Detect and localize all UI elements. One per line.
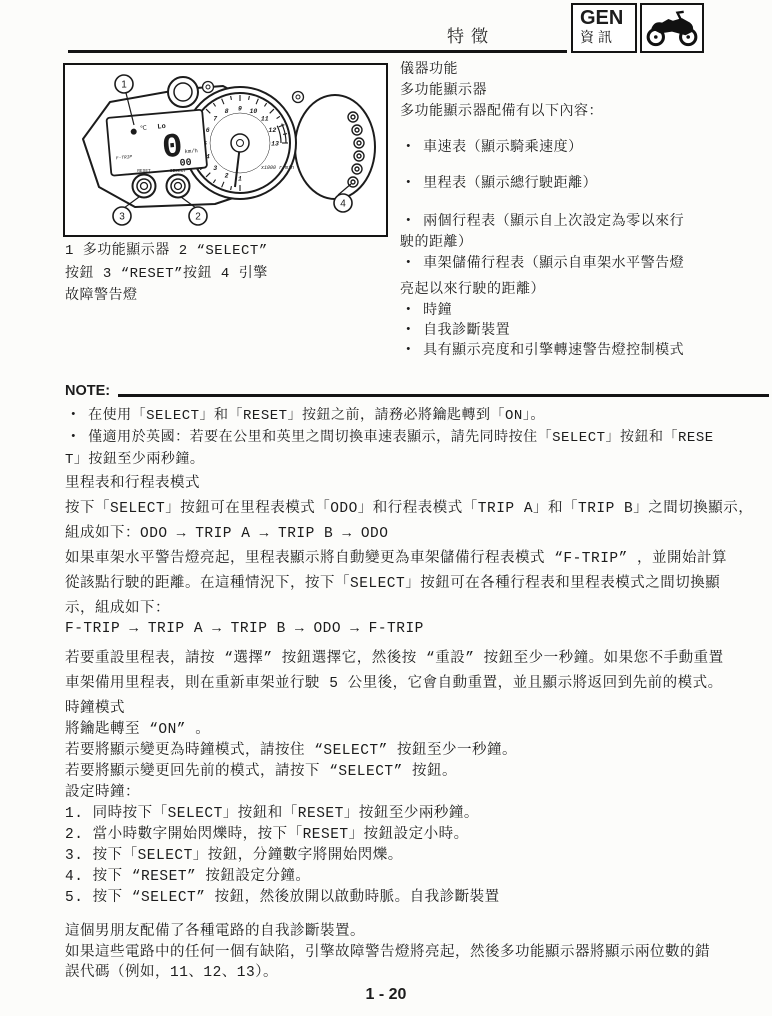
svg-text:2: 2 (225, 173, 229, 180)
body-line: 車架備用里程表，則在重新車架並行駛 5 公里後，它會自動重置，並且顯示將返回到先… (65, 671, 772, 696)
feature-list: 儀器功能 多功能顯示器 多功能顯示器配備有以下內容： 車速表（顯示騎乘速度） 里… (400, 58, 772, 359)
numbered-step: 3. 按下「SELECT」按鈕，分鐘數字將開始閃爍。 (65, 843, 772, 864)
svg-text:11: 11 (261, 116, 269, 123)
manual-page: { "header": { "title": "特徵", "tag": { "l… (0, 0, 772, 1016)
figure-caption-line: 故障警告燈 (65, 285, 385, 308)
body-line: 這個男朋友配備了各種電路的自我診斷裝置。 (65, 919, 772, 940)
svg-text:3: 3 (119, 212, 125, 223)
header-rule (68, 50, 567, 53)
section-tag-info: 資訊 (580, 29, 635, 49)
list-item: 具有顯示亮度和引擎轉速警告燈控制模式 (400, 339, 772, 359)
list-item: 兩個行程表（顯示自上次設定為零以來行 (400, 210, 772, 231)
note-rule (118, 394, 769, 397)
body-heading: 里程表和行程表模式 (65, 471, 772, 496)
page-title: 特徵 (447, 22, 495, 47)
odometer-digits: 00 (179, 158, 192, 170)
svg-text:7: 7 (213, 116, 217, 123)
note-label: NOTE: (65, 383, 110, 399)
section-heading: 儀器功能 (400, 58, 772, 79)
instrument-cluster-figure: 12345678910111213 x1000 r/min ℃ Lo 0 km/ (63, 63, 388, 237)
body-line: 如果車架水平警告燈亮起，里程表顯示將自動變更為車架儲備行程表模式 “F-TRIP… (65, 546, 772, 571)
section-tag: GEN 資訊 (571, 3, 704, 53)
list-item-continuation: 亮起以來行駛的距離） (400, 278, 772, 299)
numbered-step: 5. 按下 “SELECT” 按鈕，然後放開以啟動時脈。自我診斷裝置 (65, 885, 772, 906)
svg-text:6: 6 (206, 127, 210, 134)
note-item: 在使用「SELECT」和「RESET」按鈕之前，請務必將鑰匙轉到「ON」。 (65, 404, 771, 426)
numbered-step: 4. 按下 “RESET” 按鈕設定分鐘。 (65, 864, 772, 885)
temp-icon: ℃ (140, 125, 148, 133)
body-text: 里程表和行程表模式 按下「SELECT」按鈕可在里程表模式「ODO」和行程表模式… (65, 471, 772, 980)
svg-text:13: 13 (271, 140, 279, 147)
body-line: 若要將顯示變更為時鐘模式，請按住 “SELECT” 按鈕至少一秒鐘。 (65, 738, 772, 759)
body-line: 按下「SELECT」按鈕可在里程表模式「ODO」和行程表模式「TRIP A」和「… (65, 496, 772, 521)
svg-text:9: 9 (238, 105, 242, 112)
numbered-step: 2. 當小時數字開始閃爍時，按下「RESET」按鈕設定小時。 (65, 822, 772, 843)
svg-text:RESET: RESET (137, 168, 151, 174)
svg-text:12: 12 (268, 127, 276, 134)
list-item: 車架儲備行程表（顯示自車架水平警告燈 (400, 252, 772, 273)
section-subheading: 多功能顯示器 (400, 79, 772, 100)
body-line: F-TRIP → TRIP A → TRIP B → ODO → F-TRIP (65, 621, 772, 646)
svg-text:1: 1 (121, 80, 127, 91)
speed-unit: km/h (184, 147, 198, 155)
figure-caption-line: 按鈕 3 “RESET”按鈕 4 引擎 (65, 263, 385, 286)
list-item: 車速表（顯示騎乘速度） (400, 136, 772, 157)
svg-text:4: 4 (340, 199, 346, 210)
svg-text:10: 10 (249, 108, 257, 115)
page-number: 1 - 20 (0, 986, 772, 1004)
note-lines: 在使用「SELECT」和「RESET」按鈕之前，請務必將鑰匙轉到「ON」。 僅適… (65, 404, 771, 470)
body-line: 若要將顯示變更回先前的模式，請按下 “SELECT” 按鈕。 (65, 759, 772, 780)
multi-function-display: ℃ Lo 0 km/h F-TRIP 00 (106, 110, 207, 176)
body-line: 從該點行駛的距離。在這種情況下，按下「SELECT」按鈕可在各種行程表和里程表模… (65, 571, 772, 596)
figure-caption: 1 多功能顯示器 2 “SELECT” 按鈕 3 “RESET”按鈕 4 引擎 … (65, 240, 385, 308)
body-heading: 時鐘模式 (65, 696, 772, 717)
body-line: 組成如下：ODO → TRIP A → TRIP B → ODO (65, 521, 772, 546)
section-tag-label: GEN 資訊 (571, 3, 637, 53)
tachometer-unit-label: x1000 r/min (260, 165, 294, 171)
motorcycle-icon (640, 3, 704, 53)
svg-text:2: 2 (195, 212, 201, 223)
ignition-pod (168, 77, 198, 107)
note-item-continuation: T」按鈕至少兩秒鐘。 (65, 448, 771, 470)
list-item: 里程表（顯示總行駛距離） (400, 172, 772, 193)
body-line: 示，組成如下： (65, 596, 772, 621)
note-item: 僅適用於英國：若要在公里和英里之間切換車速表顯示，請先同時按住「SELECT」按… (65, 426, 771, 448)
svg-text:SELECT: SELECT (170, 168, 187, 174)
body-line: 若要重設里程表，請按 “選擇” 按鈕選擇它，然後按 “重設” 按鈕至少一秒鐘。如… (65, 646, 772, 671)
svg-text:1: 1 (238, 175, 242, 182)
svg-text:8: 8 (225, 108, 229, 115)
body-line: 誤代碼（例如，11、12、13）。 (65, 960, 772, 980)
body-line: 設定時鐘： (65, 780, 772, 801)
list-item: 自我診斷裝置 (400, 319, 772, 339)
svg-text:3: 3 (213, 165, 217, 172)
figure-caption-line: 1 多功能顯示器 2 “SELECT” (65, 240, 385, 263)
list-item-continuation: 駛的距離） (400, 231, 772, 252)
body-line: 如果這些電路中的任何一個有缺陷，引擎故障警告燈將亮起，然後多功能顯示器將顯示兩位… (65, 940, 772, 960)
list-intro: 多功能顯示器配備有以下內容： (400, 100, 772, 121)
note-block: NOTE: 在使用「SELECT」和「RESET」按鈕之前，請務必將鑰匙轉到「O… (65, 383, 771, 470)
list-item: 時鐘 (400, 299, 772, 319)
section-tag-gen: GEN (580, 7, 635, 29)
numbered-step: 1. 同時按下「SELECT」按鈕和「RESET」按鈕至少兩秒鐘。 (65, 801, 772, 822)
note-header: NOTE: (65, 383, 771, 399)
select-button: SELECT (167, 168, 190, 198)
body-line: 將鑰匙轉至 “ON” 。 (65, 717, 772, 738)
